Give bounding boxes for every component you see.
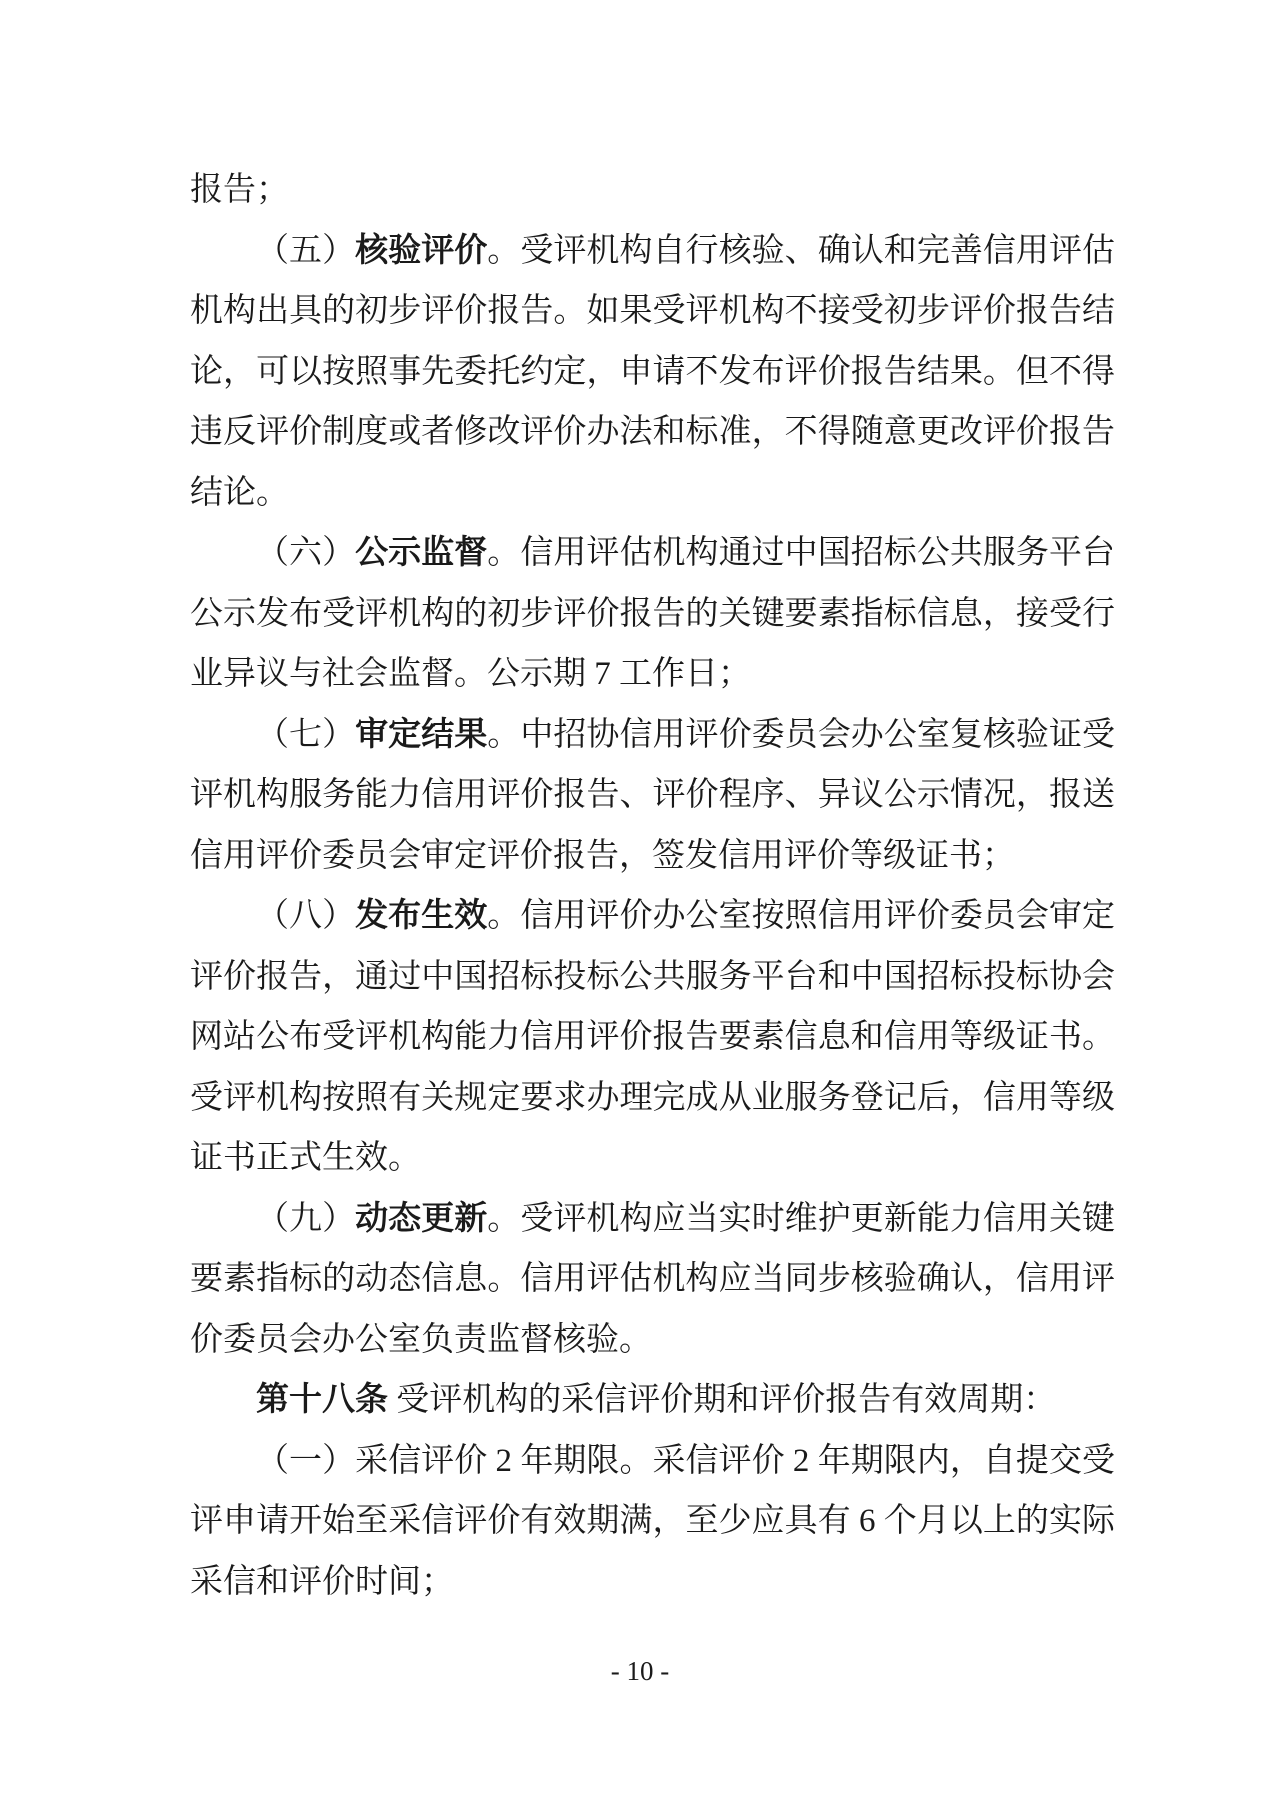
text-segment: 。受评机构应当实时维护更新能力信用关键: [487, 1201, 1115, 1237]
text-segment: 受评机构的采信评价期和评价报告有效周期：: [388, 1382, 1056, 1418]
text-line: 违反评价制度或者修改评价办法和标准，不得随意更改评价报告: [190, 402, 1115, 463]
text-segment: 评价报告，通过中国招标投标公共服务平台和中国招标投标协会: [190, 959, 1115, 995]
text-segment: 论，可以按照事先委托约定，申请不发布评价报告结果。但不得: [190, 354, 1115, 390]
text-segment: 评机构服务能力信用评价报告、评价程序、异议公示情况，报送: [190, 777, 1115, 813]
text-segment: （五）: [256, 233, 355, 269]
page-number: - 10 -: [0, 1650, 1280, 1692]
document-body: 报告；（五）核验评价。受评机构自行核验、确认和完善信用评估机构出具的初步评价报告…: [190, 160, 1115, 1612]
text-segment: （六）: [256, 535, 355, 571]
text-line: 证书正式生效。: [190, 1128, 1115, 1189]
text-line: 受评机构按照有关规定要求办理完成从业服务登记后，信用等级: [190, 1068, 1115, 1129]
text-segment: （八）: [256, 898, 355, 934]
text-segment: 价委员会办公室负责监督核验。: [190, 1322, 652, 1358]
text-line: 第十八条 受评机构的采信评价期和评价报告有效周期：: [190, 1370, 1115, 1431]
text-line: 信用评价委员会审定评价报告，签发信用评价等级证书；: [190, 826, 1115, 887]
text-line: 要素指标的动态信息。信用评估机构应当同步核验确认，信用评: [190, 1249, 1115, 1310]
text-segment: （七）: [256, 717, 355, 753]
text-segment: 证书正式生效。: [190, 1140, 421, 1176]
text-line: 论，可以按照事先委托约定，申请不发布评价报告结果。但不得: [190, 342, 1115, 403]
text-line: （一）采信评价 2 年期限。采信评价 2 年期限内，自提交受: [190, 1431, 1115, 1492]
document-page: 报告；（五）核验评价。受评机构自行核验、确认和完善信用评估机构出具的初步评价报告…: [0, 0, 1280, 1810]
text-segment: 采信和评价时间；: [190, 1564, 454, 1600]
text-line: （八）发布生效。信用评价办公室按照信用评价委员会审定: [190, 886, 1115, 947]
text-segment: 机构出具的初步评价报告。如果受评机构不接受初步评价报告结: [190, 293, 1115, 329]
text-segment-emphasis: 发布生效: [355, 898, 487, 934]
text-line: 业异议与社会监督。公示期 7 工作日；: [190, 644, 1115, 705]
text-line: 价委员会办公室负责监督核验。: [190, 1310, 1115, 1371]
text-segment-emphasis: 核验评价: [355, 233, 487, 269]
text-line: 网站公布受评机构能力信用评价报告要素信息和信用等级证书。: [190, 1007, 1115, 1068]
text-segment: 。信用评估机构通过中国招标公共服务平台: [487, 535, 1115, 571]
text-line: （七）审定结果。中招协信用评价委员会办公室复核验证受: [190, 705, 1115, 766]
text-line: 报告；: [190, 160, 1115, 221]
text-segment: 网站公布受评机构能力信用评价报告要素信息和信用等级证书。: [190, 1019, 1115, 1055]
text-line: 评价报告，通过中国招标投标公共服务平台和中国招标投标协会: [190, 947, 1115, 1008]
text-segment: 公示发布受评机构的初步评价报告的关键要素指标信息，接受行: [190, 596, 1115, 632]
text-segment: 要素指标的动态信息。信用评估机构应当同步核验确认，信用评: [190, 1261, 1115, 1297]
text-segment-emphasis: 审定结果: [355, 717, 487, 753]
text-line: （六）公示监督。信用评估机构通过中国招标公共服务平台: [190, 523, 1115, 584]
text-segment: 报告；: [190, 172, 289, 208]
text-line: 结论。: [190, 463, 1115, 524]
text-segment: 结论。: [190, 475, 289, 511]
text-line: 机构出具的初步评价报告。如果受评机构不接受初步评价报告结: [190, 281, 1115, 342]
text-line: （五）核验评价。受评机构自行核验、确认和完善信用评估: [190, 221, 1115, 282]
text-segment: 违反评价制度或者修改评价办法和标准，不得随意更改评价报告: [190, 414, 1115, 450]
text-line: （九）动态更新。受评机构应当实时维护更新能力信用关键: [190, 1189, 1115, 1250]
text-segment: 受评机构按照有关规定要求办理完成从业服务登记后，信用等级: [190, 1080, 1115, 1116]
text-segment: 。中招协信用评价委员会办公室复核验证受: [487, 717, 1115, 753]
text-segment: 业异议与社会监督。公示期 7 工作日；: [190, 656, 751, 692]
text-segment: 评申请开始至采信评价有效期满，至少应具有 6 个月以上的实际: [190, 1503, 1115, 1539]
text-segment: 。信用评价办公室按照信用评价委员会审定: [487, 898, 1115, 934]
text-line: 公示发布受评机构的初步评价报告的关键要素指标信息，接受行: [190, 584, 1115, 645]
text-line: 采信和评价时间；: [190, 1552, 1115, 1613]
text-segment-emphasis: 第十八条: [256, 1382, 388, 1418]
text-segment: （九）: [256, 1201, 355, 1237]
text-segment: 信用评价委员会审定评价报告，签发信用评价等级证书；: [190, 838, 1015, 874]
text-line: 评申请开始至采信评价有效期满，至少应具有 6 个月以上的实际: [190, 1491, 1115, 1552]
text-segment-emphasis: 动态更新: [355, 1201, 487, 1237]
text-segment: 。受评机构自行核验、确认和完善信用评估: [487, 233, 1115, 269]
text-line: 评机构服务能力信用评价报告、评价程序、异议公示情况，报送: [190, 765, 1115, 826]
text-segment-emphasis: 公示监督: [355, 535, 487, 571]
text-segment: （一）采信评价 2 年期限。采信评价 2 年期限内，自提交受: [256, 1443, 1115, 1479]
